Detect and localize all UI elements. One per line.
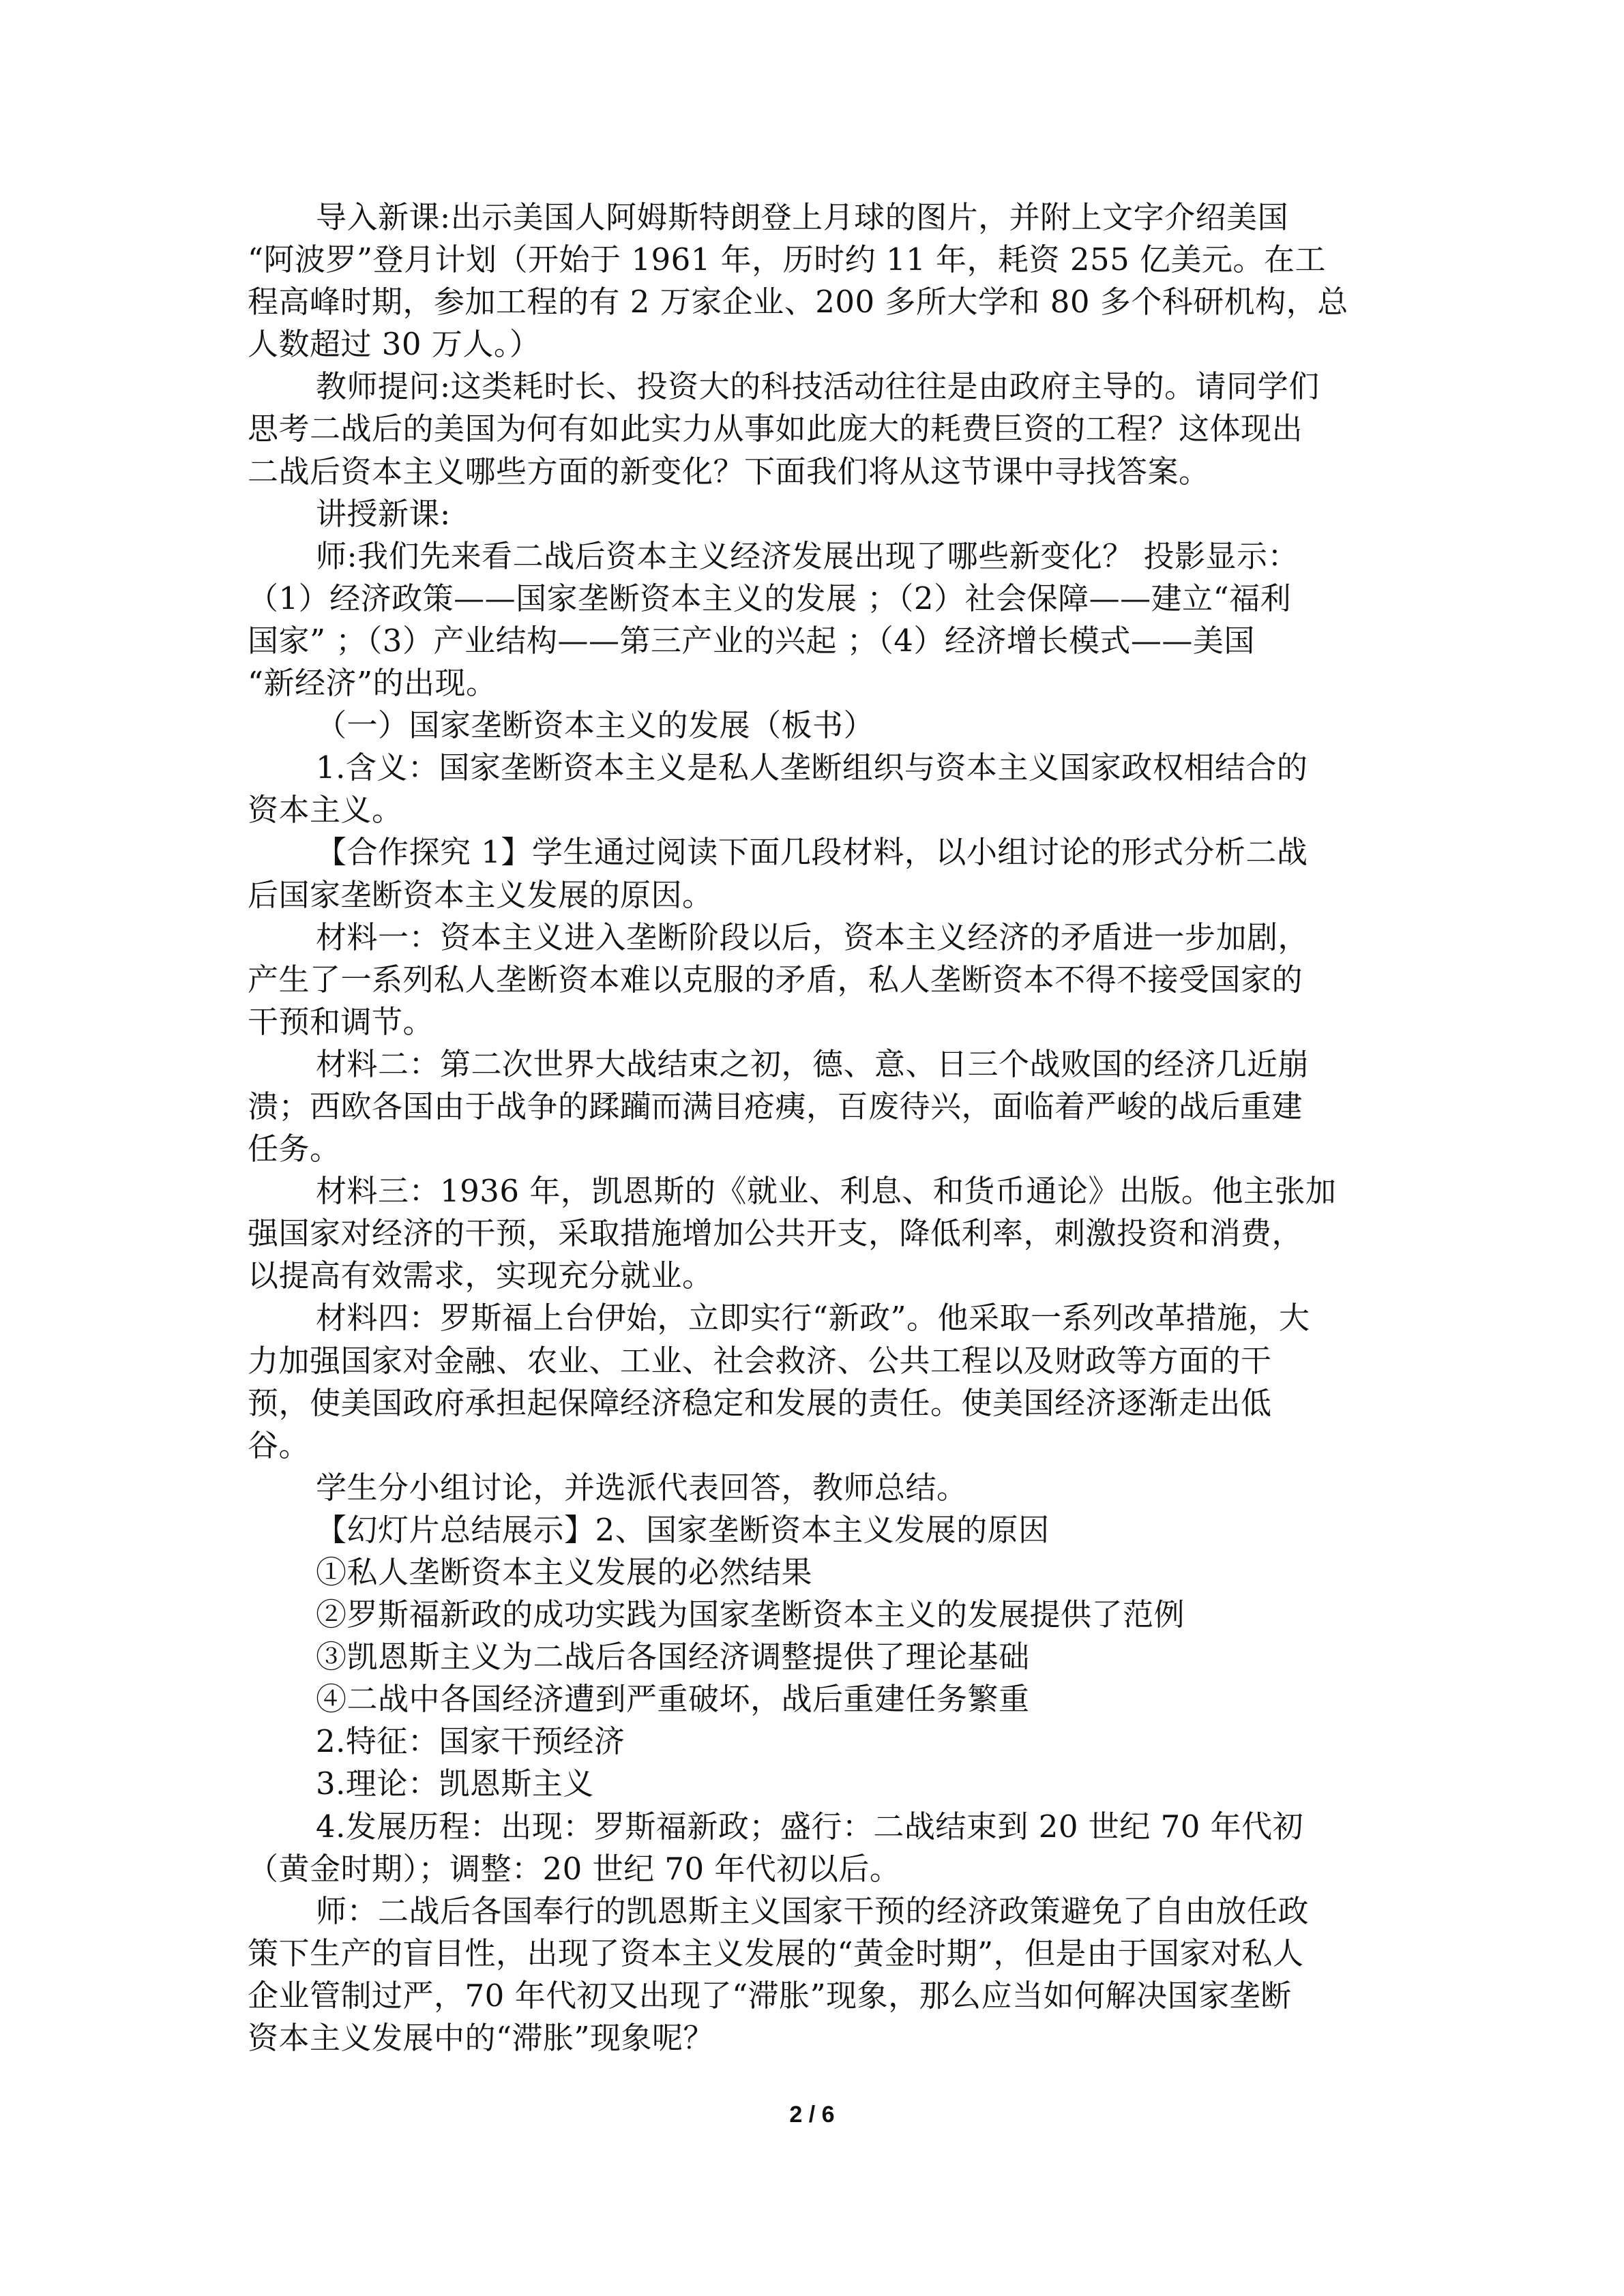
list-item-reason-4: ④二战中各国经济遭到严重破坏，战后重建任务繁重 (248, 1678, 1380, 1720)
text-line: 国家” ；（3）产业结构——第三产业的兴起 ；（4）经济增长模式——美国 (248, 620, 1380, 662)
text-line: ②罗斯福新政的成功实践为国家垄断资本主义的发展提供了范例 (248, 1594, 1380, 1636)
text-line: 4.发展历程：出现：罗斯福新政；盛行：二战结束到 20 世纪 70 年代初 (248, 1806, 1380, 1848)
text-line: 强国家对经济的干预，采取措施增加公共开支，降低利率，刺激投资和消费， (248, 1212, 1380, 1255)
text-line: 【幻灯片总结展示】2、国家垄断资本主义发展的原因 (248, 1509, 1380, 1551)
paragraph-material-1: 材料一：资本主义进入垄断阶段以后，资本主义经济的矛盾进一步加剧， 产生了一系列私… (248, 916, 1380, 1043)
text-line: 策下生产的盲目性，出现了资本主义发展的“黄金时期”，但是由于国家对私人 (248, 1933, 1380, 1975)
text-line: （一）国家垄断资本主义的发展（板书） (248, 704, 1380, 747)
text-line: 企业管制过严，70 年代初又出现了“滞胀”现象，那么应当如何解决国家垄断 (248, 1975, 1380, 2017)
paragraph-feature: 2.特征：国家干预经济 (248, 1720, 1380, 1763)
text-line: 二战后资本主义哪些方面的新变化？下面我们将从这节课中寻找答案。 (248, 451, 1380, 493)
text-line: 资本主义。 (248, 789, 1380, 831)
paragraph-discussion: 学生分小组讨论，并选派代表回答，教师总结。 (248, 1467, 1380, 1509)
text-line: 程高峰时期，参加工程的有 2 万家企业、200 多所大学和 80 多个科研机构，… (248, 281, 1380, 323)
paragraph-teacher-stagflation: 师：二战后各国奉行的凯恩斯主义国家干预的经济政策避免了自由放任政 策下生产的盲目… (248, 1890, 1380, 2059)
section-heading-one: （一）国家垄断资本主义的发展（板书） (248, 704, 1380, 747)
paragraph-theory: 3.理论：凯恩斯主义 (248, 1763, 1380, 1805)
list-item-reason-3: ③凯恩斯主义为二战后各国经济调整提供了理论基础 (248, 1636, 1380, 1678)
text-line: 资本主义发展中的“滞胀”现象呢？ (248, 2017, 1380, 2059)
text-line: 材料四：罗斯福上台伊始，立即实行“新政”。他采取一系列改革措施，大 (248, 1297, 1380, 1339)
text-line: 谷。 (248, 1425, 1380, 1467)
text-line: 2.特征：国家干预经济 (248, 1720, 1380, 1763)
text-line: （1）经济政策——国家垄断资本主义的发展 ；（2）社会保障——建立“福利 (248, 578, 1380, 620)
paragraph-intro: 导入新课:出示美国人阿姆斯特朗登上月球的图片，并附上文字介绍美国 “阿波罗”登月… (248, 196, 1380, 366)
text-line: 干预和调节。 (248, 1001, 1380, 1043)
text-line: 材料三：1936 年，凯恩斯的《就业、利息、和货币通论》出版。他主张加 (248, 1170, 1380, 1212)
text-line: ③凯恩斯主义为二战后各国经济调整提供了理论基础 (248, 1636, 1380, 1678)
text-line: 学生分小组讨论，并选派代表回答，教师总结。 (248, 1467, 1380, 1509)
text-line: 思考二战后的美国为何有如此实力从事如此庞大的耗费巨资的工程？这体现出 (248, 408, 1380, 450)
list-item-reason-2: ②罗斯福新政的成功实践为国家垄断资本主义的发展提供了范例 (248, 1594, 1380, 1636)
text-line: “阿波罗”登月计划（开始于 1961 年，历时约 11 年，耗资 255 亿美元… (248, 239, 1380, 281)
text-line: 【合作探究 1】学生通过阅读下面几段材料，以小组讨论的形式分析二战 (248, 831, 1380, 874)
text-line: 材料二：第二次世界大战结束之初，德、意、日三个战败国的经济几近崩 (248, 1043, 1380, 1086)
document-page: 导入新课:出示美国人阿姆斯特朗登上月球的图片，并附上文字介绍美国 “阿波罗”登月… (0, 0, 1624, 2296)
text-line: 导入新课:出示美国人阿姆斯特朗登上月球的图片，并附上文字介绍美国 (248, 196, 1380, 239)
paragraph-material-2: 材料二：第二次世界大战结束之初，德、意、日三个战败国的经济几近崩 溃；西欧各国由… (248, 1043, 1380, 1170)
text-line: 1.含义：国家垄断资本主义是私人垄断组织与资本主义国家政权相结合的 (248, 747, 1380, 789)
paragraph-history: 4.发展历程：出现：罗斯福新政；盛行：二战结束到 20 世纪 70 年代初 （黄… (248, 1806, 1380, 1890)
text-line: 以提高有效需求，实现充分就业。 (248, 1255, 1380, 1297)
text-line: 教师提问:这类耗时长、投资大的科技活动往往是由政府主导的。请同学们 (248, 366, 1380, 408)
text-line: 后国家垄断资本主义发展的原因。 (248, 874, 1380, 916)
paragraph-teacher-projection: 师:我们先来看二战后资本主义经济发展出现了哪些新变化？ 投影显示： （1）经济政… (248, 535, 1380, 704)
text-line: 人数超过 30 万人。） (248, 323, 1380, 366)
text-line: 师：二战后各国奉行的凯恩斯主义国家干预的经济政策避免了自由放任政 (248, 1890, 1380, 1933)
text-line: 3.理论：凯恩斯主义 (248, 1763, 1380, 1805)
paragraph-slide-summary: 【幻灯片总结展示】2、国家垄断资本主义发展的原因 (248, 1509, 1380, 1551)
text-line: 产生了一系列私人垄断资本难以克服的矛盾，私人垄断资本不得不接受国家的 (248, 959, 1380, 1001)
text-line: 讲授新课: (248, 493, 1380, 535)
paragraph-teacher-question: 教师提问:这类耗时长、投资大的科技活动往往是由政府主导的。请同学们 思考二战后的… (248, 366, 1380, 492)
paragraph-cooperative-inquiry: 【合作探究 1】学生通过阅读下面几段材料，以小组讨论的形式分析二战 后国家垄断资… (248, 831, 1380, 916)
text-line: （黄金时期）；调整：20 世纪 70 年代初以后。 (248, 1848, 1380, 1890)
paragraph-meaning: 1.含义：国家垄断资本主义是私人垄断组织与资本主义国家政权相结合的 资本主义。 (248, 747, 1380, 831)
text-line: 材料一：资本主义进入垄断阶段以后，资本主义经济的矛盾进一步加剧， (248, 916, 1380, 959)
paragraph-material-3: 材料三：1936 年，凯恩斯的《就业、利息、和货币通论》出版。他主张加 强国家对… (248, 1170, 1380, 1297)
text-line: 溃；西欧各国由于战争的蹂躏而满目疮痍，百废待兴，面临着严峻的战后重建 (248, 1086, 1380, 1128)
paragraph-material-4: 材料四：罗斯福上台伊始，立即实行“新政”。他采取一系列改革措施，大 力加强国家对… (248, 1297, 1380, 1466)
text-line: “新经济”的出现。 (248, 662, 1380, 704)
document-body: 导入新课:出示美国人阿姆斯特朗登上月球的图片，并附上文字介绍美国 “阿波罗”登月… (248, 196, 1380, 2059)
text-line: 力加强国家对金融、农业、工业、社会救济、公共工程以及财政等方面的干 (248, 1340, 1380, 1382)
heading-lecture: 讲授新课: (248, 493, 1380, 535)
text-line: 预，使美国政府承担起保障经济稳定和发展的责任。使美国经济逐渐走出低 (248, 1382, 1380, 1425)
page-number: 2 / 6 (0, 2102, 1624, 2128)
text-line: ④二战中各国经济遭到严重破坏，战后重建任务繁重 (248, 1678, 1380, 1720)
text-line: ①私人垄断资本主义发展的必然结果 (248, 1551, 1380, 1594)
list-item-reason-1: ①私人垄断资本主义发展的必然结果 (248, 1551, 1380, 1594)
text-line: 任务。 (248, 1128, 1380, 1170)
text-line: 师:我们先来看二战后资本主义经济发展出现了哪些新变化？ 投影显示： (248, 535, 1380, 578)
